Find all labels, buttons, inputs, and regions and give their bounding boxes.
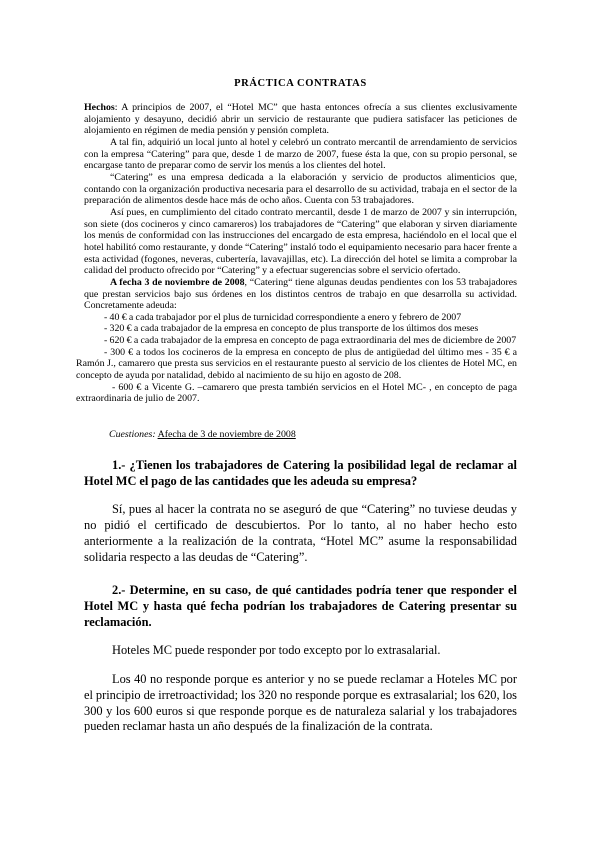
facts-section: Hechos: A principios de 2007, el “Hotel … [84, 102, 517, 405]
facts-date-lead: A fecha 3 de noviembre de 2008 [110, 277, 245, 288]
cuestiones-line: Cuestiones: Afecha de 3 de noviembre de … [109, 429, 517, 441]
document-page: PRÁCTICA CONTRATAS Hechos: A principios … [0, 0, 600, 848]
answer-1: Sí, pues al hacer la contrata no se aseg… [84, 502, 517, 565]
questions-section: 1.- ¿Tienen los trabajadores de Catering… [84, 457, 517, 735]
question-1: 1.- ¿Tienen los trabajadores de Catering… [84, 457, 517, 489]
facts-paragraph-2: A tal fin, adquirió un local junto al ho… [84, 137, 517, 172]
debt-item-3: - 620 € a cada trabajador de la empresa … [84, 335, 517, 347]
answer-2b: Los 40 no responde porque es anterior y … [84, 672, 517, 735]
facts-paragraph-1-text: : A principios de 2007, el “Hotel MC” qu… [84, 102, 517, 136]
debt-item-4: - 300 € a todos los cocineros de la empr… [76, 347, 517, 382]
facts-paragraph-1: Hechos: A principios de 2007, el “Hotel … [84, 102, 517, 137]
debt-item-1: - 40 € a cada trabajador por el plus de … [84, 312, 517, 324]
debt-item-2: - 320 € a cada trabajador de la empresa … [84, 323, 517, 335]
answer-2a: Hoteles MC puede responder por todo exce… [84, 643, 517, 659]
facts-paragraph-3: “Catering” es una empresa dedicada a la … [84, 172, 517, 207]
cuestiones-date: Afecha de 3 de noviembre de 2008 [158, 429, 296, 440]
facts-paragraph-5: A fecha 3 de noviembre de 2008, “Caterin… [84, 277, 517, 312]
debt-item-5: - 600 € a Vicente G. –camarero que prest… [76, 382, 517, 405]
question-2: 2.- Determine, en su caso, de qué cantid… [84, 582, 517, 631]
document-title: PRÁCTICA CONTRATAS [84, 78, 517, 89]
facts-label: Hechos [84, 102, 115, 113]
facts-paragraph-4: Así pues, en cumplimiento del citado con… [84, 207, 517, 277]
cuestiones-label: Cuestiones: [109, 429, 156, 440]
